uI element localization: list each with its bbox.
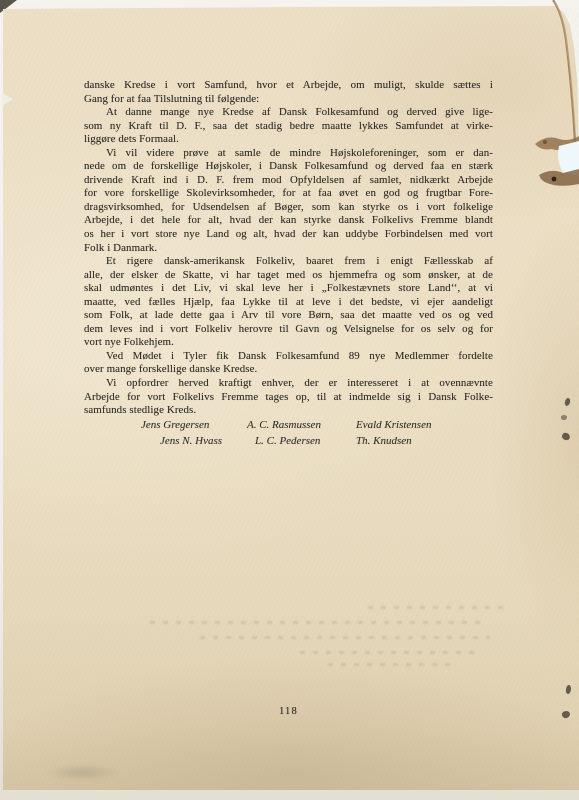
- bleedthrough-marks: [368, 606, 503, 609]
- text-line: vort nye Folkehjem.: [84, 336, 493, 350]
- text-line: som ny Kraft til D. F., saa det stadig b…: [84, 120, 493, 134]
- bleedthrough-marks: [150, 621, 480, 624]
- text-line: Arbejde, i det hele for alt, hvad der ka…: [84, 214, 493, 228]
- signature: Jens Gregersen: [141, 419, 209, 431]
- left-edge-fold: [2, 93, 13, 106]
- text-line: Et rigere dansk-amerikansk Folkeliv, baa…: [84, 255, 493, 269]
- text-line: Vi vil videre prøve at samle de mindre H…: [84, 147, 493, 161]
- text-line: At danne mange nye Kredse af Dansk Folke…: [84, 106, 493, 120]
- paragraph: Vi opfordrer herved kraftigt enhver, der…: [84, 377, 493, 418]
- text-line: skal udmøntes i det Liv, vi skal leve he…: [84, 282, 493, 296]
- text-line: som Folk, at lade dette gaa i Arv til vo…: [84, 309, 493, 323]
- paragraph: At danne mange nye Kredse af Dansk Folke…: [84, 106, 493, 147]
- paragraph: Vi vil videre prøve at samle de mindre H…: [84, 147, 493, 255]
- text-line: Folk i Danmark.: [84, 242, 493, 256]
- paragraph: Ved Mødet i Tyler fik Dansk Folkesamfund…: [84, 350, 493, 377]
- paper-smudge: [46, 764, 120, 781]
- scanned-book-page: { "document": { "language": "Danish", "p…: [0, 0, 579, 800]
- signature: Evald Kristensen: [356, 419, 431, 431]
- right-edge-tear: [533, 126, 579, 192]
- text-line: Gang for at faa Tilslutning til følgende…: [84, 93, 493, 107]
- text-line: os her i vort store nye Land og alt, hva…: [84, 228, 493, 242]
- paragraph: danske Kredse i vort Samfund, hvor et Ar…: [84, 79, 493, 106]
- signature: L. C. Pedersen: [255, 435, 320, 447]
- text-line: samfunds stedlige Kreds.: [84, 404, 493, 418]
- text-line: Arbejde for vort Folkelivs Fremme tages …: [84, 391, 493, 405]
- body-text: danske Kredse i vort Samfund, hvor et Ar…: [84, 79, 493, 418]
- text-line: liggøre dets Formaal.: [84, 133, 493, 147]
- bleedthrough-marks: [200, 636, 490, 639]
- bleedthrough-marks: [328, 663, 458, 666]
- text-line: Vi opfordrer herved kraftigt enhver, der…: [84, 377, 493, 391]
- signature: Th. Knudsen: [356, 435, 412, 447]
- text-line: for vore forskellige Skolevirksomheder, …: [84, 187, 493, 201]
- paragraph: Et rigere dansk-amerikansk Folkeliv, baa…: [84, 255, 493, 350]
- page-number: 118: [84, 706, 493, 717]
- signature: Jens N. Hvass: [160, 435, 222, 447]
- text-line: alle, der elsker de Skatte, vi har taget…: [84, 269, 493, 283]
- signature-block: Jens Gregersen A. C. Rasmussen Evald Kri…: [84, 419, 493, 457]
- text-line: maatte, ved fælles Hjælp, faa Lykke til …: [84, 296, 493, 310]
- text-line: Ved Mødet i Tyler fik Dansk Folkesamfund…: [84, 350, 493, 364]
- text-line: nede om de forskellige Højskoler, i Dans…: [84, 160, 493, 174]
- text-line: dragsvirksomhed, for Udsendelsen af Bøge…: [84, 201, 493, 215]
- signature: A. C. Rasmussen: [247, 419, 321, 431]
- text-line: danske Kredse i vort Samfund, hvor et Ar…: [84, 79, 493, 93]
- text-line: drivende Kraft ind i D. F. frem mod Opfy…: [84, 174, 493, 188]
- text-line: over mange forskellige danske Kredse.: [84, 363, 493, 377]
- bleedthrough-marks: [300, 651, 475, 654]
- text-line: dem leves ind i vort Folkeliv herovre ti…: [84, 323, 493, 337]
